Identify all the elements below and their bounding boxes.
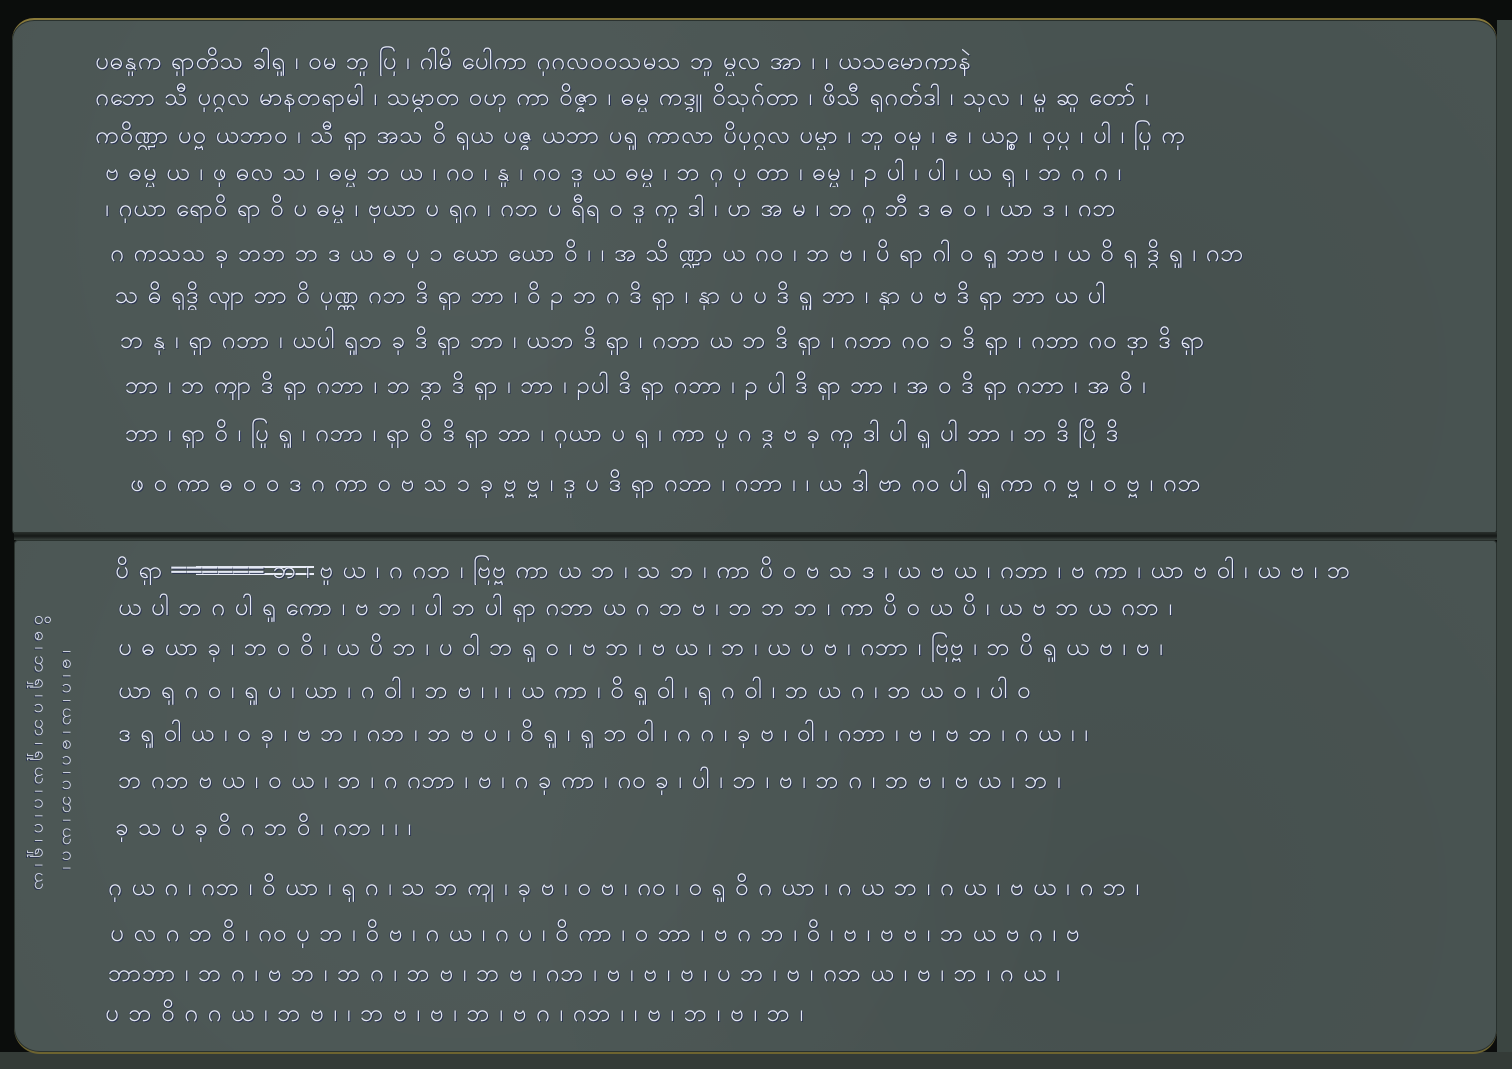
top-line-8: ဘ နှ ၊ ရှာ ဂဘာ ၊ ယပါ ရှုဘ ခု ဒိ ရှာ ဘာ ၊… xyxy=(120,325,1485,355)
background-bottom-edge xyxy=(0,1052,1512,1069)
top-line-7: သ ဓိ ရုဒ္ဓိ လျာ ဘာ ဝိ ပုဏ္ဏ ဂဘ ဒိ ရှာ ဘာ… xyxy=(115,280,1485,310)
margin-annotation-1: ဝိ ဓ ၊ ဘ ရှု ၊ ဂ ဘ ၊ ရှု ယ ၊ ဂ ၊ ဂ ၊ ရှု… xyxy=(30,615,50,995)
bottom-line-5: ဒ ရှု ဝါ ယ ၊ ဝ ခု ၊ ဗ ဘ ၊ ဂဘ ၊ ဘ ဗ ပ ၊ ဝ… xyxy=(118,718,1488,748)
bottom-line-8: ဂု ယ ဂ ၊ ဂဘ ၊ ဝိ ယာ ၊ ရု ဂ ၊ သ ဘ ကျ ၊ ခု… xyxy=(108,872,1488,902)
bottom-line-9: ပ လ ဂ ဘ ဝိ ၊ ဂဝ ပု ဘ ၊ ဝိ ဗ ၊ ဂ ယ ၊ ဂ ပ … xyxy=(110,918,1490,948)
bottom-line-3: ပ ဓ ယာ ခု ၊ ဘ ဝ ဝိ ၊ ယ ပိ ဘ ၊ ပ ဝါ ဘ ရှု… xyxy=(118,632,1488,662)
page-fold xyxy=(14,532,1497,540)
bottom-line-4: ယာ ရု ဂ ဝ ၊ ရှု ပ ၊ ယာ ၊ ဂ ဝါ ၊ ဘ ဗ ၊ ၊ … xyxy=(118,675,1488,705)
bottom-line-10: ဘာဘာ ၊ ဘ ဂ ၊ ဗ ဘ ၊ ဘ ဂ ၊ ဘ ဗ ၊ ဘ ဗ ၊ ဂဘ … xyxy=(108,958,1488,988)
top-line-6: ဂ ကသသ ခု ဘဘ ဘ ဒ ယ ဓ ပု ၁ ယော ယော ဝိ ၊ ၊ … xyxy=(110,238,1485,268)
bottom-line-6: ဘ ဂဘ ဗ ယ ၊ ဝ ယ ၊ ဘ ၊ ဂ ဂဘာ ၊ ဗ ၊ ဂ ခု ကာ… xyxy=(118,765,1488,795)
bottom-line-1: ပိ ရှာ ══════ ဘ ၊ ဗူ ယ ၊ ဂ ဂဘ ၊ ဗြဗ္ဗ ကာ… xyxy=(115,555,1485,585)
bottom-line-7: ခု သ ပ ခု ဝိ ဂ ဘ ဝိ ၊ ဂဘ ၊ ၊ ၊ xyxy=(115,812,515,842)
top-line-10: ဘာ ၊ ရှာ ဝိ ၊ ပြု ရှု ၊ ဂဘာ ၊ ရှာ ဝိ ဒိ … xyxy=(125,418,1485,448)
top-line-5: ၊ ဂုယာ ရောဝိ ရာ ဝိ ပ ဓမ္မ ၊ ဗုယာ ပ ရုဂ ၊… xyxy=(105,193,1485,223)
top-line-2: ဂဘော သီ ပုဂ္ဂလ မာနတရာမါ ၊ သမွာတ ဝဟု ကာ ဝ… xyxy=(95,82,1395,112)
top-line-4: ဗ ဓမ္မ ယ ၊ ဖု ဓလ သ ၊ ဓမ္မ ဘ ယ ၊ ဂဝ ၊ နူ … xyxy=(105,157,1485,187)
top-line-1: ပဓနူက ရှာတိသ ခါရှု ၊ ဝမ ဘူ ပြ ၊ ဂါမိ ပေါ… xyxy=(95,46,1485,76)
top-line-3: ကဝိဏ္ဍာ ပဝ္ဗ ယဘာဝ ၊ သီ ရှာ အသ ဝိ ရုယ ပဇ္… xyxy=(95,120,1485,150)
bottom-line-2: ယ ပါ ဘ ဂ ပါ ရှု ကော ၊ ဗ ဘ ၊ ပါ ဘ ပါ ရှာ … xyxy=(118,592,1488,622)
top-line-9: ဘာ ၊ ဘ ကျာ ဒိ ရှာ ဂဘာ ၊ ဘ ဒွာ ဒိ ရှာ ၊ ဘ… xyxy=(125,370,1485,400)
background-right-edge xyxy=(1497,20,1512,1069)
margin-annotation-2: ၊ ဓ ၊ ဂ ၊ ယ ၊ ဓ ဂ ၊ ဂ ဘ ၊ ယ ဂ ၊ xyxy=(58,650,78,990)
top-line-11: ဖ ဝ ကာ ဓ ဝ ဝ ဒ ဂ ကာ ဝ ဗ သ ၁ ခု ဗ္ဗ ဗ္ဗ ၊… xyxy=(130,468,1485,498)
bottom-line-11: ပ ဘ ဝိ ဂ ဂ ယ ၊ ဘ ဗ ၊ ၊ ဘ ဗ ၊ ဗ ၊ ဘ ၊ ဗ ဂ… xyxy=(105,998,1485,1028)
